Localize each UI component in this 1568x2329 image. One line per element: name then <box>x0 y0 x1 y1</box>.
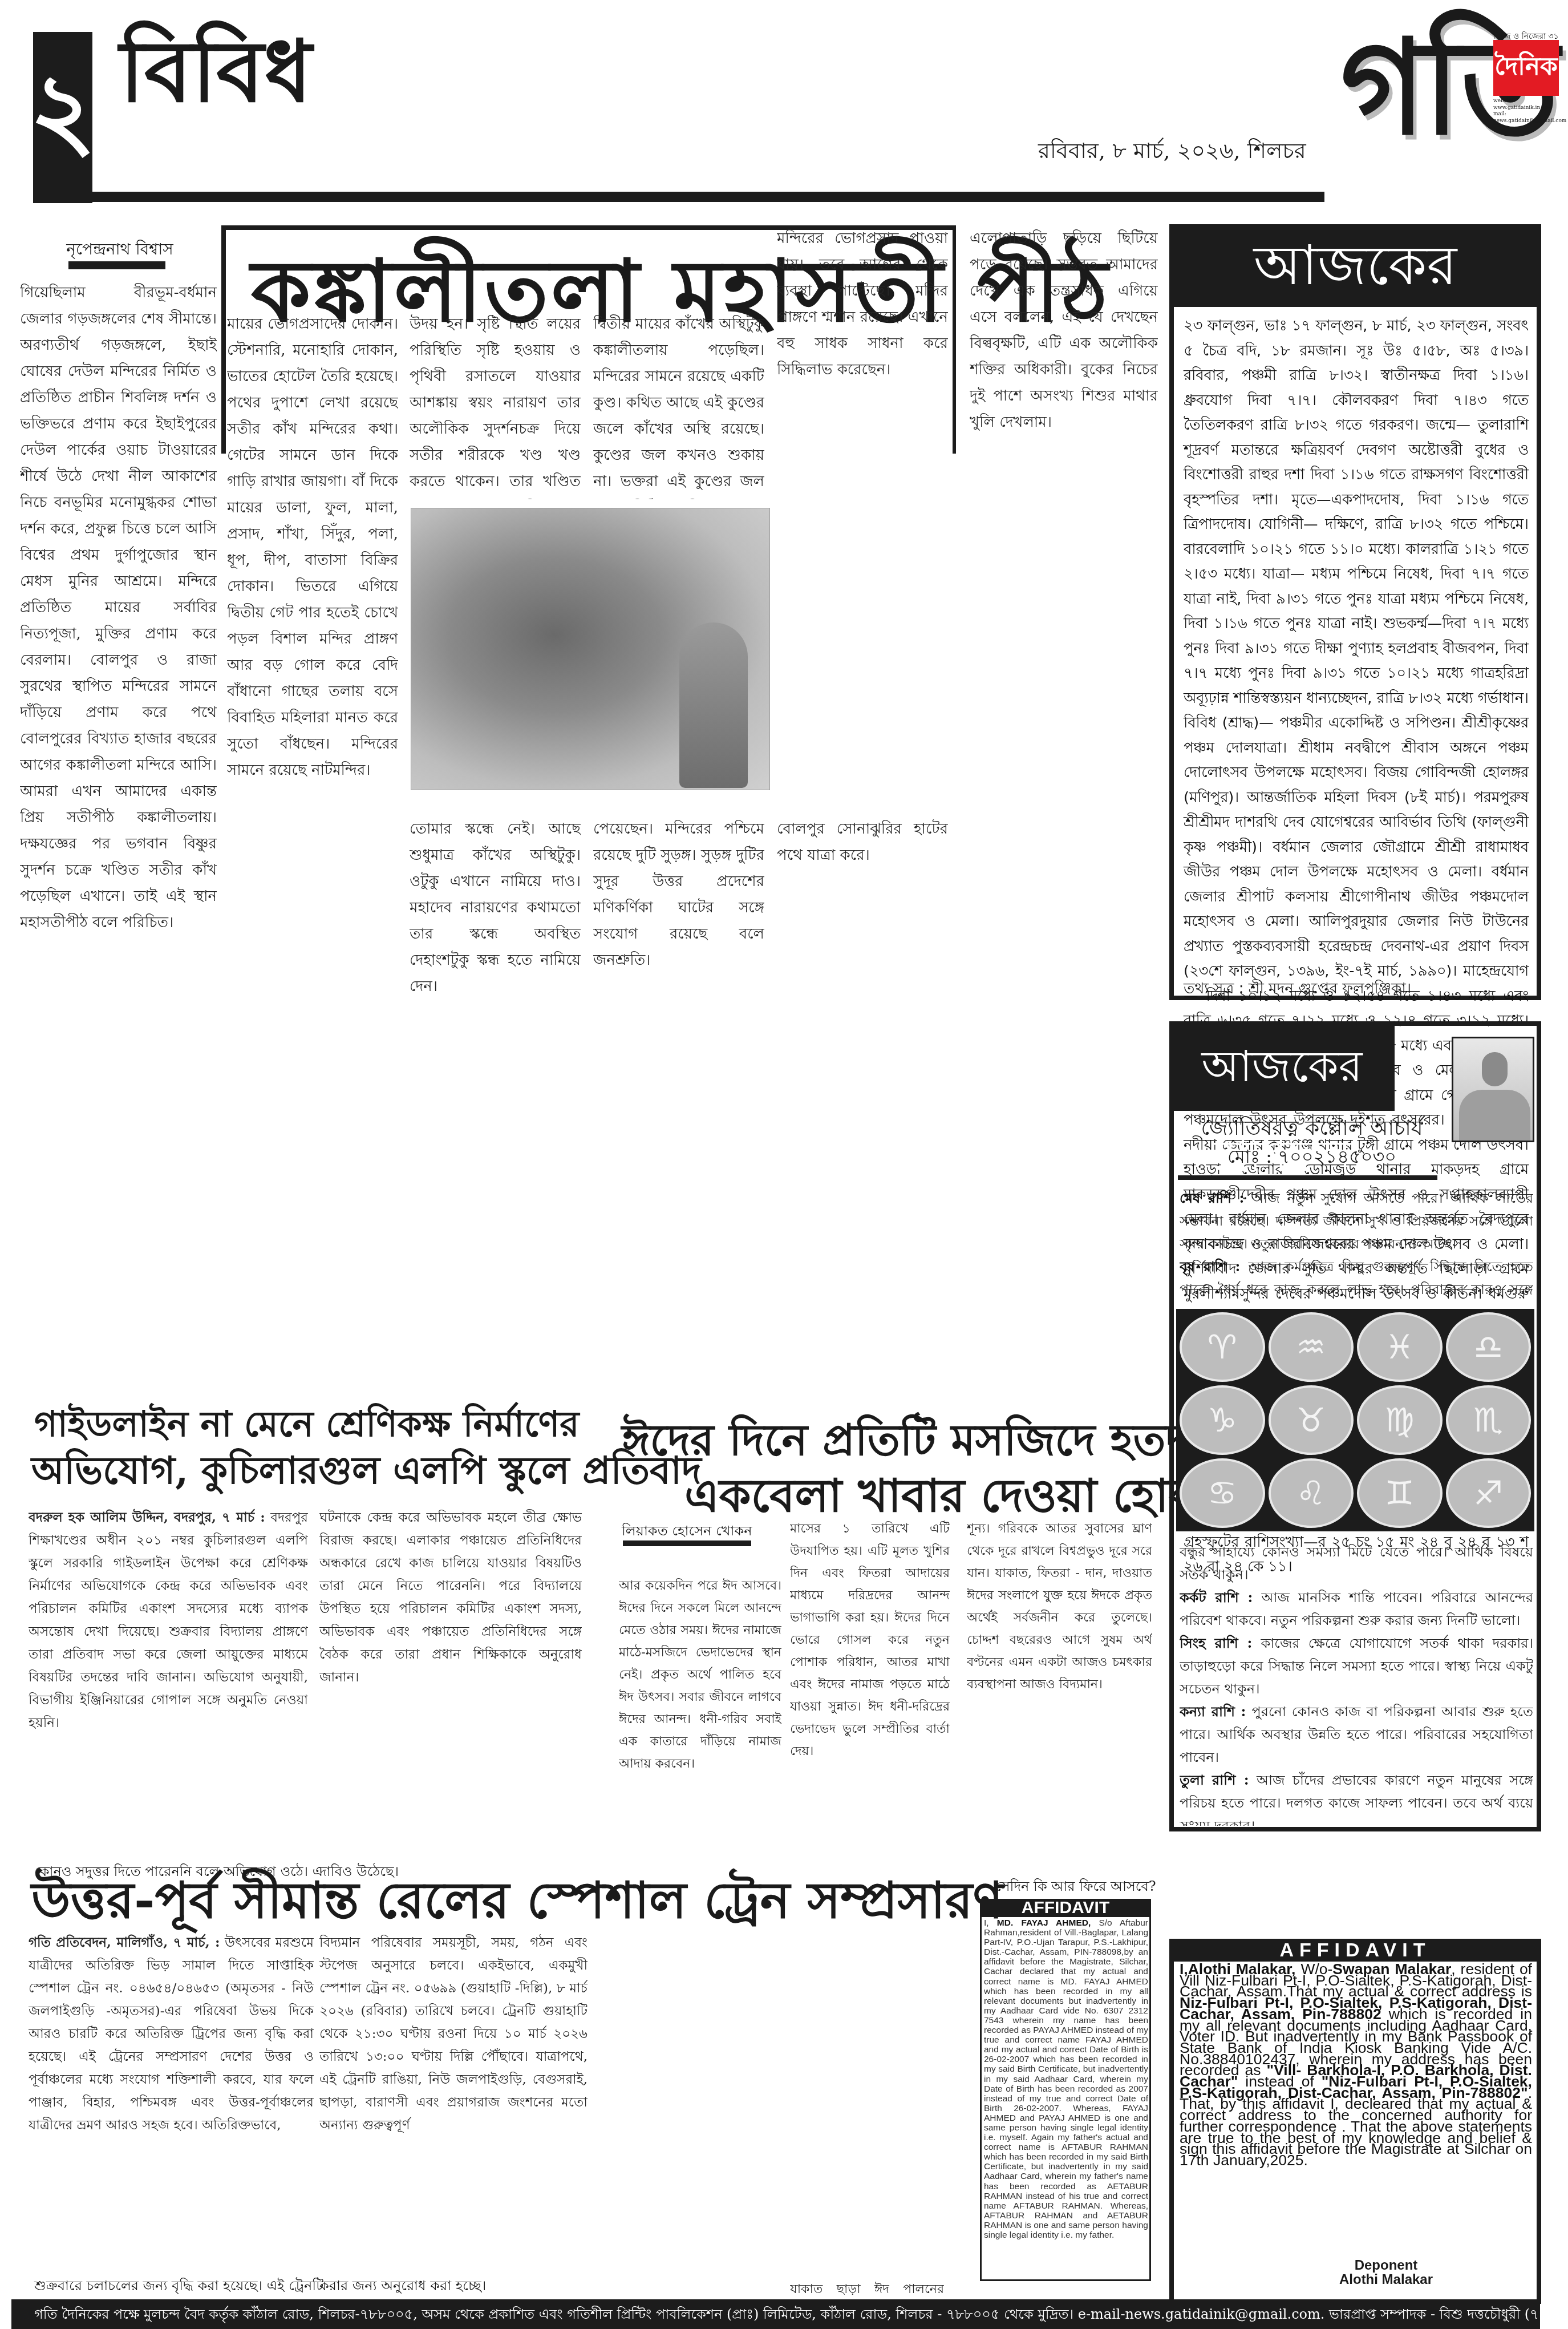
rashifal-divider <box>1178 1175 1437 1180</box>
eid-column-2: মাসের ১ তারিখে এটি উদযাপিত হয়। এটি মূলত… <box>790 1518 950 2299</box>
school-headline-line2: অভিযোগ, কুচিলারগুল এলপি স্কুলে প্রতিবাদ <box>31 1449 702 1493</box>
date-line: রবিবার, ৮ মার্চ, ২০২৬, শিলচর <box>1038 134 1306 171</box>
feature-column-7: তোমার স্কন্ধে নেই। আছে শুধুমাত্র কাঁখের … <box>410 816 581 1409</box>
astrologer-photo <box>1452 1037 1534 1142</box>
eid-byline-rule <box>623 1540 751 1546</box>
rashifal-bottom-entries: বন্ধুর সাহায্যে কোনও সমস্যা মিটে যেতে পা… <box>1180 1540 1533 1826</box>
astrologer-name: জ্যোতিষরত্ন কল্লোল আচার্য <box>1186 1113 1437 1147</box>
feature-column-6: এলোপাতাড়ি ছড়িয়ে ছিটিয়ে পড়ে রয়েছে। … <box>970 225 1158 1395</box>
leo-icon: ♌ <box>1269 1458 1354 1528</box>
rashifal-top-entries: মেষ রাশি : আজ নতুন সুযোগ আসতে পারে। আর্থ… <box>1180 1187 1533 1304</box>
zodiac-icons-grid: ♈ ♒ ♓ ♎ ♑ ♉ ♍ ♏ ♋ ♌ ♊ ♐ <box>1176 1309 1534 1531</box>
astrologer-phone: মোঃ : ৭০০২১৪৫০৩০ <box>1186 1142 1437 1173</box>
feature-column-4: দ্বিতীয় মায়ের কাঁখের অস্থিটুকু কঙ্কালী… <box>593 311 764 499</box>
rashi-entry-brisha: বৃষ রাশি : আজ কর্মক্ষেত্রে কিছু গুরুত্বপ… <box>1180 1255 1533 1304</box>
rashi-entry-karkat: কর্কট রাশি : আজ মানসিক শান্তি পাবেন। পরি… <box>1180 1586 1533 1632</box>
rashi-entry-mesh: মেষ রাশি : আজ নতুন সুযোগ আসতে পারে। আর্থ… <box>1180 1187 1533 1255</box>
affidavit-small-name: MD. FAYAJ AHMED, <box>997 1918 1091 1928</box>
section-title: বিবিধ <box>120 29 312 114</box>
virgo-icon: ♍ <box>1357 1385 1443 1455</box>
feature-column-8: পেয়েছেন। মন্দিরের পশ্চিমে রয়েছে দুটি স… <box>593 816 764 1409</box>
rail-column-2: বিদ্যমান পরিষেবার সময়সূচী, সময়, গঠন এব… <box>319 1931 588 2251</box>
rail-body-1: উৎসবের মরশুমে যাত্রীদের অতিরিক্ত ভিড় সা… <box>29 1935 314 2133</box>
imprint-footer: গতি দৈনিকের পক্ষে মুলচন্দ বৈদ কর্তৃক কাঁ… <box>11 2299 1540 2329</box>
affidavit-small-body: S/o Aftabur Rahman,resident of Vill.-Bag… <box>984 1918 1148 2240</box>
eid-pull-question: সেদিন কি আর ফিরে আসবে? <box>995 1876 1156 1899</box>
eid-headline-line2: একবেলা খাবার দেওয়া হোক <box>684 1469 1201 1522</box>
eid-column-1: আর কয়েকদিন পরে ঈদ আসবে। ঈদের দিনে সকলে … <box>619 1575 781 2299</box>
page-number: ২ <box>33 32 92 203</box>
affidavit-large-title: AFFIDAVIT <box>1169 1939 1541 1962</box>
rashi-entry-tula: তুলা রাশি : আজ চাঁদের প্রভাবের কারণে নতু… <box>1180 1769 1533 1826</box>
gemini-icon: ♊ <box>1357 1458 1443 1528</box>
rail-closing-2: করার জন্য অনুরোধ করা হচ্ছে। <box>319 2275 486 2298</box>
affidavit-small-prefix: I, <box>984 1918 989 1928</box>
rashifal-title: আজকের রাশিফল <box>1169 1021 1395 1111</box>
deponent-label: Deponent <box>1312 2259 1460 2272</box>
feature-byline: নৃপেন্দ্রনাথ বিশ্বাস <box>23 237 217 264</box>
masthead-rule <box>33 192 1324 202</box>
feature-column-5: মন্দিরের ভোগপ্রসাদ পাওয়া যায়। তবে আগের… <box>777 225 948 499</box>
rashi-entry-singha: সিংহ রাশি : কাজের ক্ষেত্রে যোগাযোগে সতর্… <box>1180 1632 1533 1700</box>
cancer-icon: ♋ <box>1180 1458 1265 1528</box>
school-dateline: বদরুল হক আলিম উদ্দিন, বদরপুর, ৭ মার্চ : <box>29 1510 265 1525</box>
scorpio-icon: ♏ <box>1446 1385 1531 1455</box>
feature-column-9: বোলপুর সোনাঝুরির হাটের পথে যাত্রা করে। <box>777 816 948 1409</box>
affidavit-small-text: I, MD. FAYAJ AHMED, S/o Aftabur Rahman,r… <box>984 1918 1148 2240</box>
affidavit-small-title: AFFIDAVIT <box>980 1899 1151 1917</box>
school-headline-line1: গাইডলাইন না মেনে শ্রেণিকক্ষ নির্মাণের <box>34 1404 579 1444</box>
taurus-icon: ♉ <box>1269 1385 1354 1455</box>
rashi-entry-continued: বন্ধুর সাহায্যে কোনও সমস্যা মিটে যেতে পা… <box>1180 1540 1533 1586</box>
feature-column-1: গিয়েছিলাম বীরভূম-বর্ধমান জেলার গড়জঙ্গল… <box>20 280 217 1421</box>
school-column-2: ঘটনাকে কেন্দ্র করে অভিভাবক মহলে তীব্র ক্… <box>319 1506 582 1826</box>
rail-dateline: গতি প্রতিবেদন, মালিগাঁও, ৭ মার্চ, : <box>29 1935 220 1950</box>
astrologer-head <box>1482 1052 1508 1086</box>
rail-column-1: গতি প্রতিবেদন, মালিগাঁও, ৭ মার্চ, : উৎসব… <box>29 1931 314 2274</box>
byline-rule <box>68 261 165 269</box>
eid-column-3: শূন্য। গরিবকে আতর সুবাসের ঘ্রাণ থেকে দূর… <box>967 1518 1152 1883</box>
school-column-1: বদরুল হক আলিম উদ্দিন, বদরপুর, ৭ মার্চ : … <box>29 1506 308 1826</box>
aries-icon: ♈ <box>1180 1312 1265 1382</box>
panjika-source: তথ্য সূত্র : শ্রী মদন গুপ্তের ফুলপঞ্জিকা… <box>1184 977 1411 1002</box>
feature-column-2: মায়ের ভোগপ্রসাদের দোকান। স্টেশনারি, মনো… <box>227 311 398 1418</box>
deity-figure <box>679 622 748 788</box>
deponent-name: Alothi Malakar <box>1312 2274 1460 2286</box>
logo-contact: website: www.gatidainik.in · e-mail: new… <box>1493 98 1559 125</box>
libra-icon: ♎ <box>1446 1312 1531 1382</box>
eid-byline: লিয়াকত হোসেন খোকন <box>622 1521 781 1543</box>
rail-closing-1: শুক্রবারে চলাচলের জন্য বৃদ্ধি করা হয়েছে… <box>34 2275 323 2298</box>
pisces-icon: ♓ <box>1357 1312 1443 1382</box>
temple-photo[interactable] <box>411 508 770 790</box>
affidavit-large-text: I,Alothi Malakar, W/o-Swapan Malakar, re… <box>1180 1964 1532 2166</box>
rashi-entry-kanya: কন্যা রাশি : পুরনো কোনও কাজ বা পরিকল্পনা… <box>1180 1700 1533 1769</box>
capricorn-icon: ♑ <box>1180 1385 1265 1455</box>
logo-badge: দৈনিক <box>1493 40 1559 96</box>
panjika-title: আজকের দিনপঞ্জিকা <box>1169 224 1541 307</box>
astrologer-body <box>1459 1090 1530 1142</box>
school-body-1: বদরপুর শিক্ষাখণ্ডের অধীন ২০১ নম্বর কুচিল… <box>29 1510 308 1730</box>
feature-column-3: উদয় হন। সৃষ্টি স্থিতি লয়ের পরিস্থিতি স… <box>410 311 581 499</box>
sagittarius-icon: ♐ <box>1446 1458 1531 1528</box>
aquarius-icon: ♒ <box>1269 1312 1354 1382</box>
